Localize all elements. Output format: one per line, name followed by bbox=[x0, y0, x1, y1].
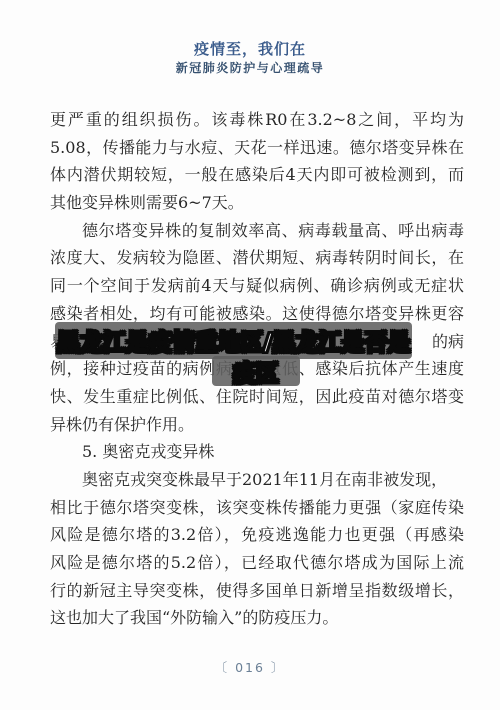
page-number: 〔 016 〕 bbox=[0, 658, 500, 676]
obscured-line-right-fragment: 的病 bbox=[432, 328, 464, 356]
body-line: 其他变异株则需要6~7天。 bbox=[50, 189, 464, 217]
body-line: 更严重的组织损伤。该毒株R0在3.2~8之间，平均为 bbox=[50, 106, 464, 134]
header-slogan: 疫情至，我们在 bbox=[0, 40, 500, 58]
page-header: 疫情至，我们在 新冠肺炎防护与心理疏导 bbox=[0, 40, 500, 75]
overlay-title-line1: 黑龙江是疫情重地区/黑龙江是否是 bbox=[57, 324, 410, 357]
body-line: 风险是德尔塔的3.2倍），免疫逃逸能力也更强（再感染 bbox=[50, 521, 464, 549]
body-line: 同一个空间于发病前4天与疑似病例、确诊病例或无症状 bbox=[50, 272, 464, 300]
section-heading: 5. 奥密克戎变异株 bbox=[50, 438, 464, 466]
body-line: 异株仍有保护作用。 bbox=[50, 411, 464, 439]
body-line: 体内潜伏期较短，一般在感染后4天内即可被检测到，而 bbox=[50, 161, 464, 189]
title-overlay-band: 黑龙江是疫情重地区/黑龙江是否是 bbox=[55, 322, 412, 359]
body-line: 相比于德尔塔突变株，该突变株传播能力更强（家庭传染 bbox=[50, 494, 464, 522]
body-line: 奥密克戎突变株最早于2021年11月在南非被发现， bbox=[50, 466, 464, 494]
body-line: 5.08，传播能力与水痘、天花一样迅速。德尔塔变异株在 bbox=[50, 134, 464, 162]
overlay-title-line2: 疫区 bbox=[233, 355, 279, 388]
body-line: 行的新冠主导突变株，使得多国单日新增呈指数级增长， bbox=[50, 577, 464, 605]
title-overlay-band-line2: 疫区 bbox=[212, 356, 300, 386]
body-line: 浓度大、发病较为隐匿、潜伏期短、病毒转阴时间长，在 bbox=[50, 244, 464, 272]
document-page: 疫情至，我们在 新冠肺炎防护与心理疏导 更严重的组织损伤。该毒株R0在3.2~8… bbox=[0, 0, 500, 710]
header-subtitle: 新冠肺炎防护与心理疏导 bbox=[0, 61, 500, 75]
body-line: 德尔塔变异株的复制效率高、病毒载量高、呼出病毒 bbox=[50, 217, 464, 245]
body-line: 风险是德尔塔的5.2倍），已经取代德尔塔成为国际上流 bbox=[50, 549, 464, 577]
body-line: 这也加大了我国“外防输入”的防疫压力。 bbox=[50, 604, 464, 632]
